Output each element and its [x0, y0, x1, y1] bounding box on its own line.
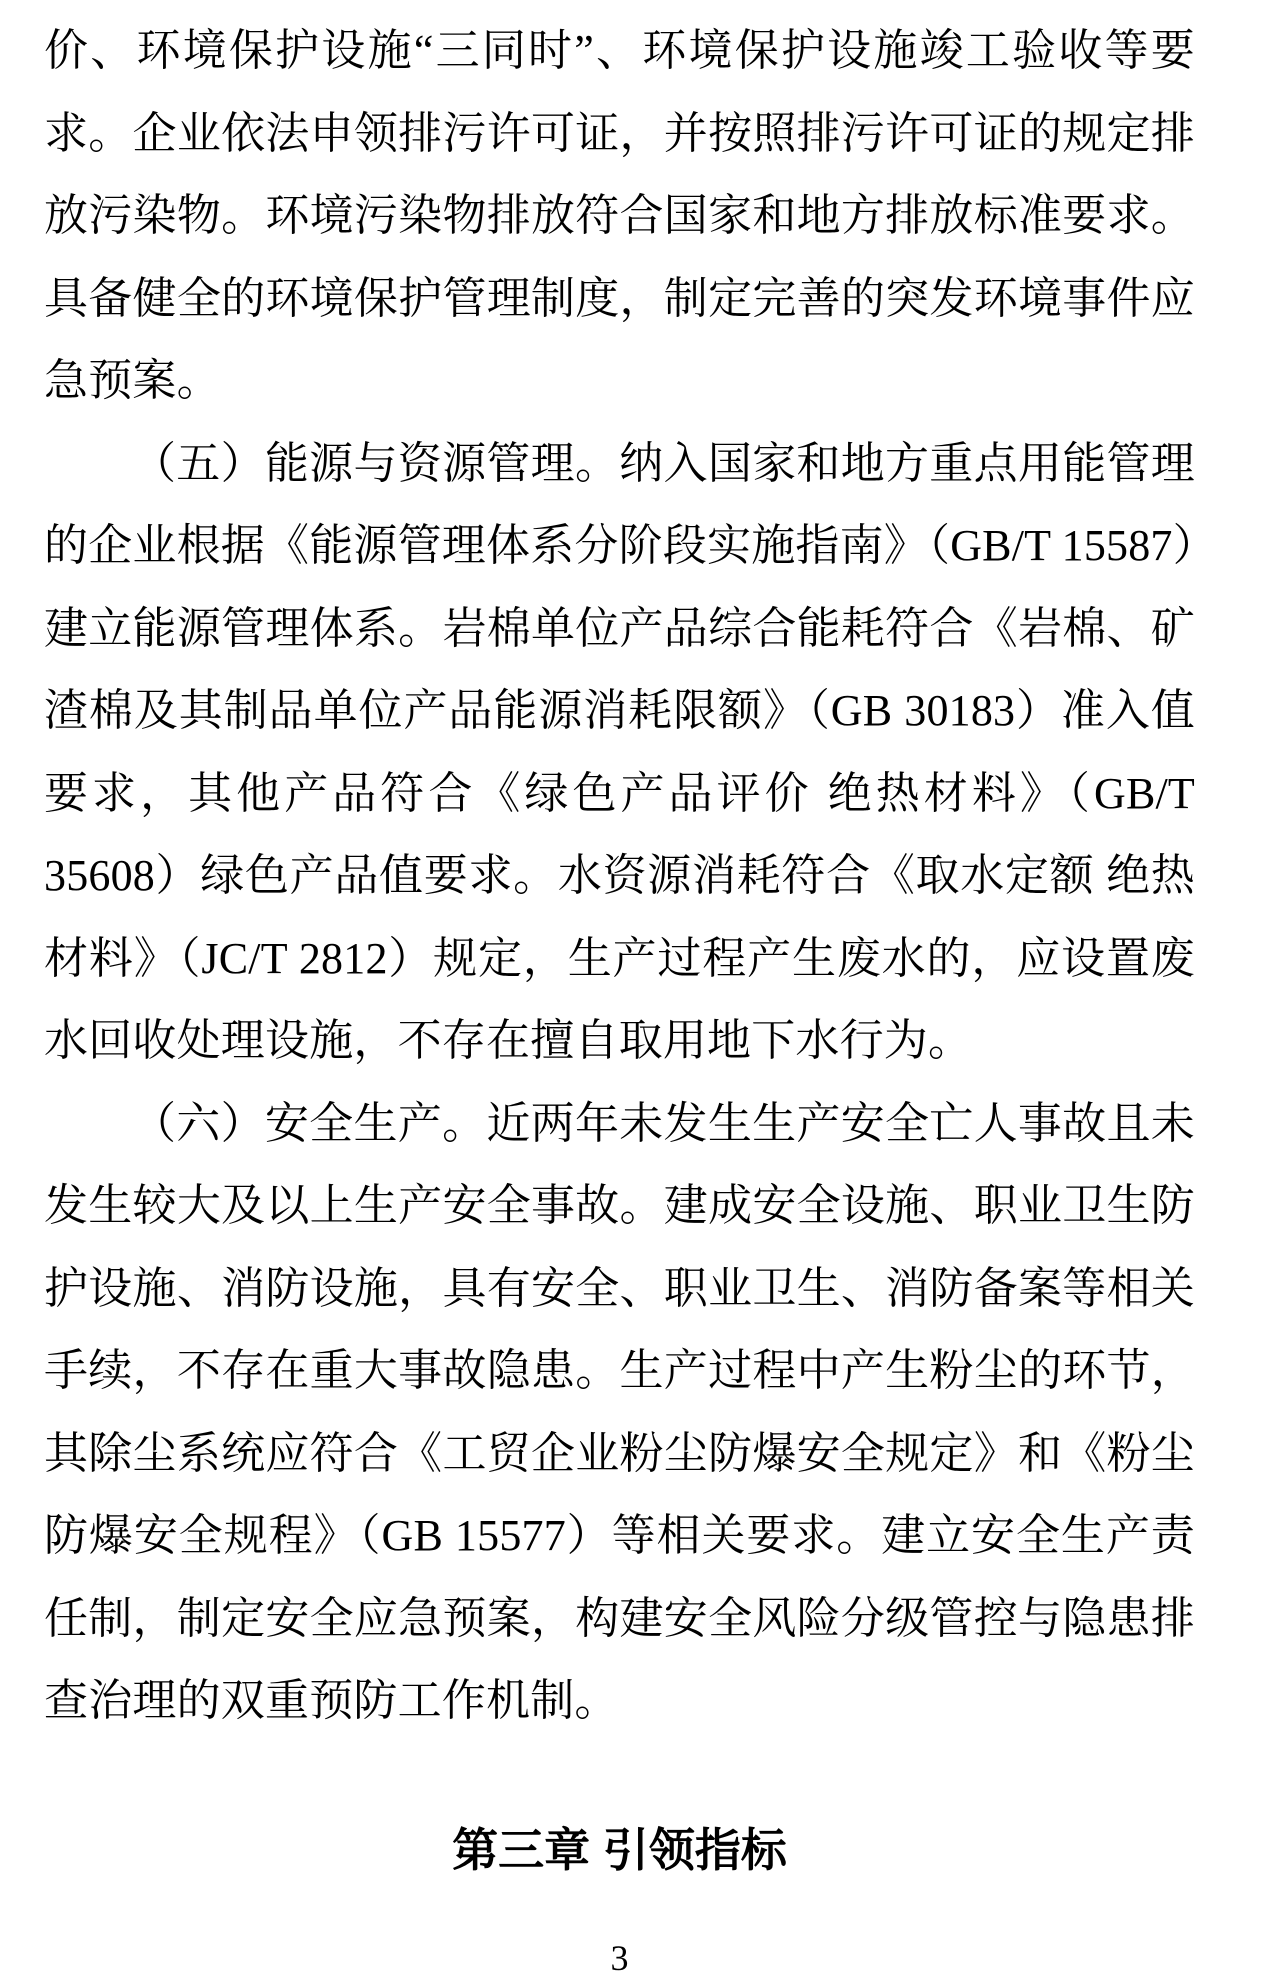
body-line: 材料》（JC/T 2812）规定，生产过程产生废水的，应设置废: [44, 918, 1195, 1001]
page-number: 3: [44, 1941, 1195, 1971]
body-line: 护设施、消防设施，具有安全、职业卫生、消防备案等相关: [44, 1248, 1195, 1331]
body-line: 放污染物。环境污染物排放符合国家和地方排放标准要求。: [44, 175, 1195, 258]
chapter-heading: 第三章 引领指标: [44, 1809, 1195, 1892]
body-line: 建立能源管理体系。岩棉单位产品综合能耗符合《岩棉、矿: [44, 588, 1195, 671]
body-line: 手续，不存在重大事故隐患。生产过程中产生粉尘的环节，: [44, 1330, 1195, 1413]
body-line: 其除尘系统应符合《工贸企业粉尘防爆安全规定》和《粉尘: [44, 1413, 1195, 1496]
body-line: 的企业根据《能源管理体系分阶段实施指南》（GB/T 15587）: [44, 505, 1195, 588]
body-line: 要求，其他产品符合《绿色产品评价 绝热材料》（GB/T: [44, 753, 1195, 836]
body-line: 求。企业依法申领排污许可证，并按照排污许可证的规定排: [44, 93, 1195, 176]
body-line: 发生较大及以上生产安全事故。建成安全设施、职业卫生防: [44, 1165, 1195, 1248]
body-line: （五）能源与资源管理。纳入国家和地方重点用能管理: [44, 423, 1195, 506]
body-line: 35608）绿色产品值要求。水资源消耗符合《取水定额 绝热: [44, 835, 1195, 918]
body-line: 急预案。: [44, 340, 1195, 423]
body-line: 水回收处理设施，不存在擅自取用地下水行为。: [44, 1000, 1195, 1083]
body-line: 渣棉及其制品单位产品能源消耗限额》（GB 30183）准入值: [44, 670, 1195, 753]
document-page: 价、环境保护设施“三同时”、环境保护设施竣工验收等要 求。企业依法申领排污许可证…: [0, 0, 1280, 1971]
body-line: 具备健全的环境保护管理制度，制定完善的突发环境事件应: [44, 258, 1195, 341]
body-line: 防爆安全规程》（GB 15577）等相关要求。建立安全生产责: [44, 1495, 1195, 1578]
body-line: （六）安全生产。近两年未发生生产安全亡人事故且未: [44, 1083, 1195, 1166]
text-column: 价、环境保护设施“三同时”、环境保护设施竣工验收等要 求。企业依法申领排污许可证…: [0, 0, 1280, 1971]
body-line: 价、环境保护设施“三同时”、环境保护设施竣工验收等要: [44, 10, 1195, 93]
body-line: 查治理的双重预防工作机制。: [44, 1660, 1195, 1743]
body-line: 任制，制定安全应急预案，构建安全风险分级管控与隐患排: [44, 1578, 1195, 1661]
